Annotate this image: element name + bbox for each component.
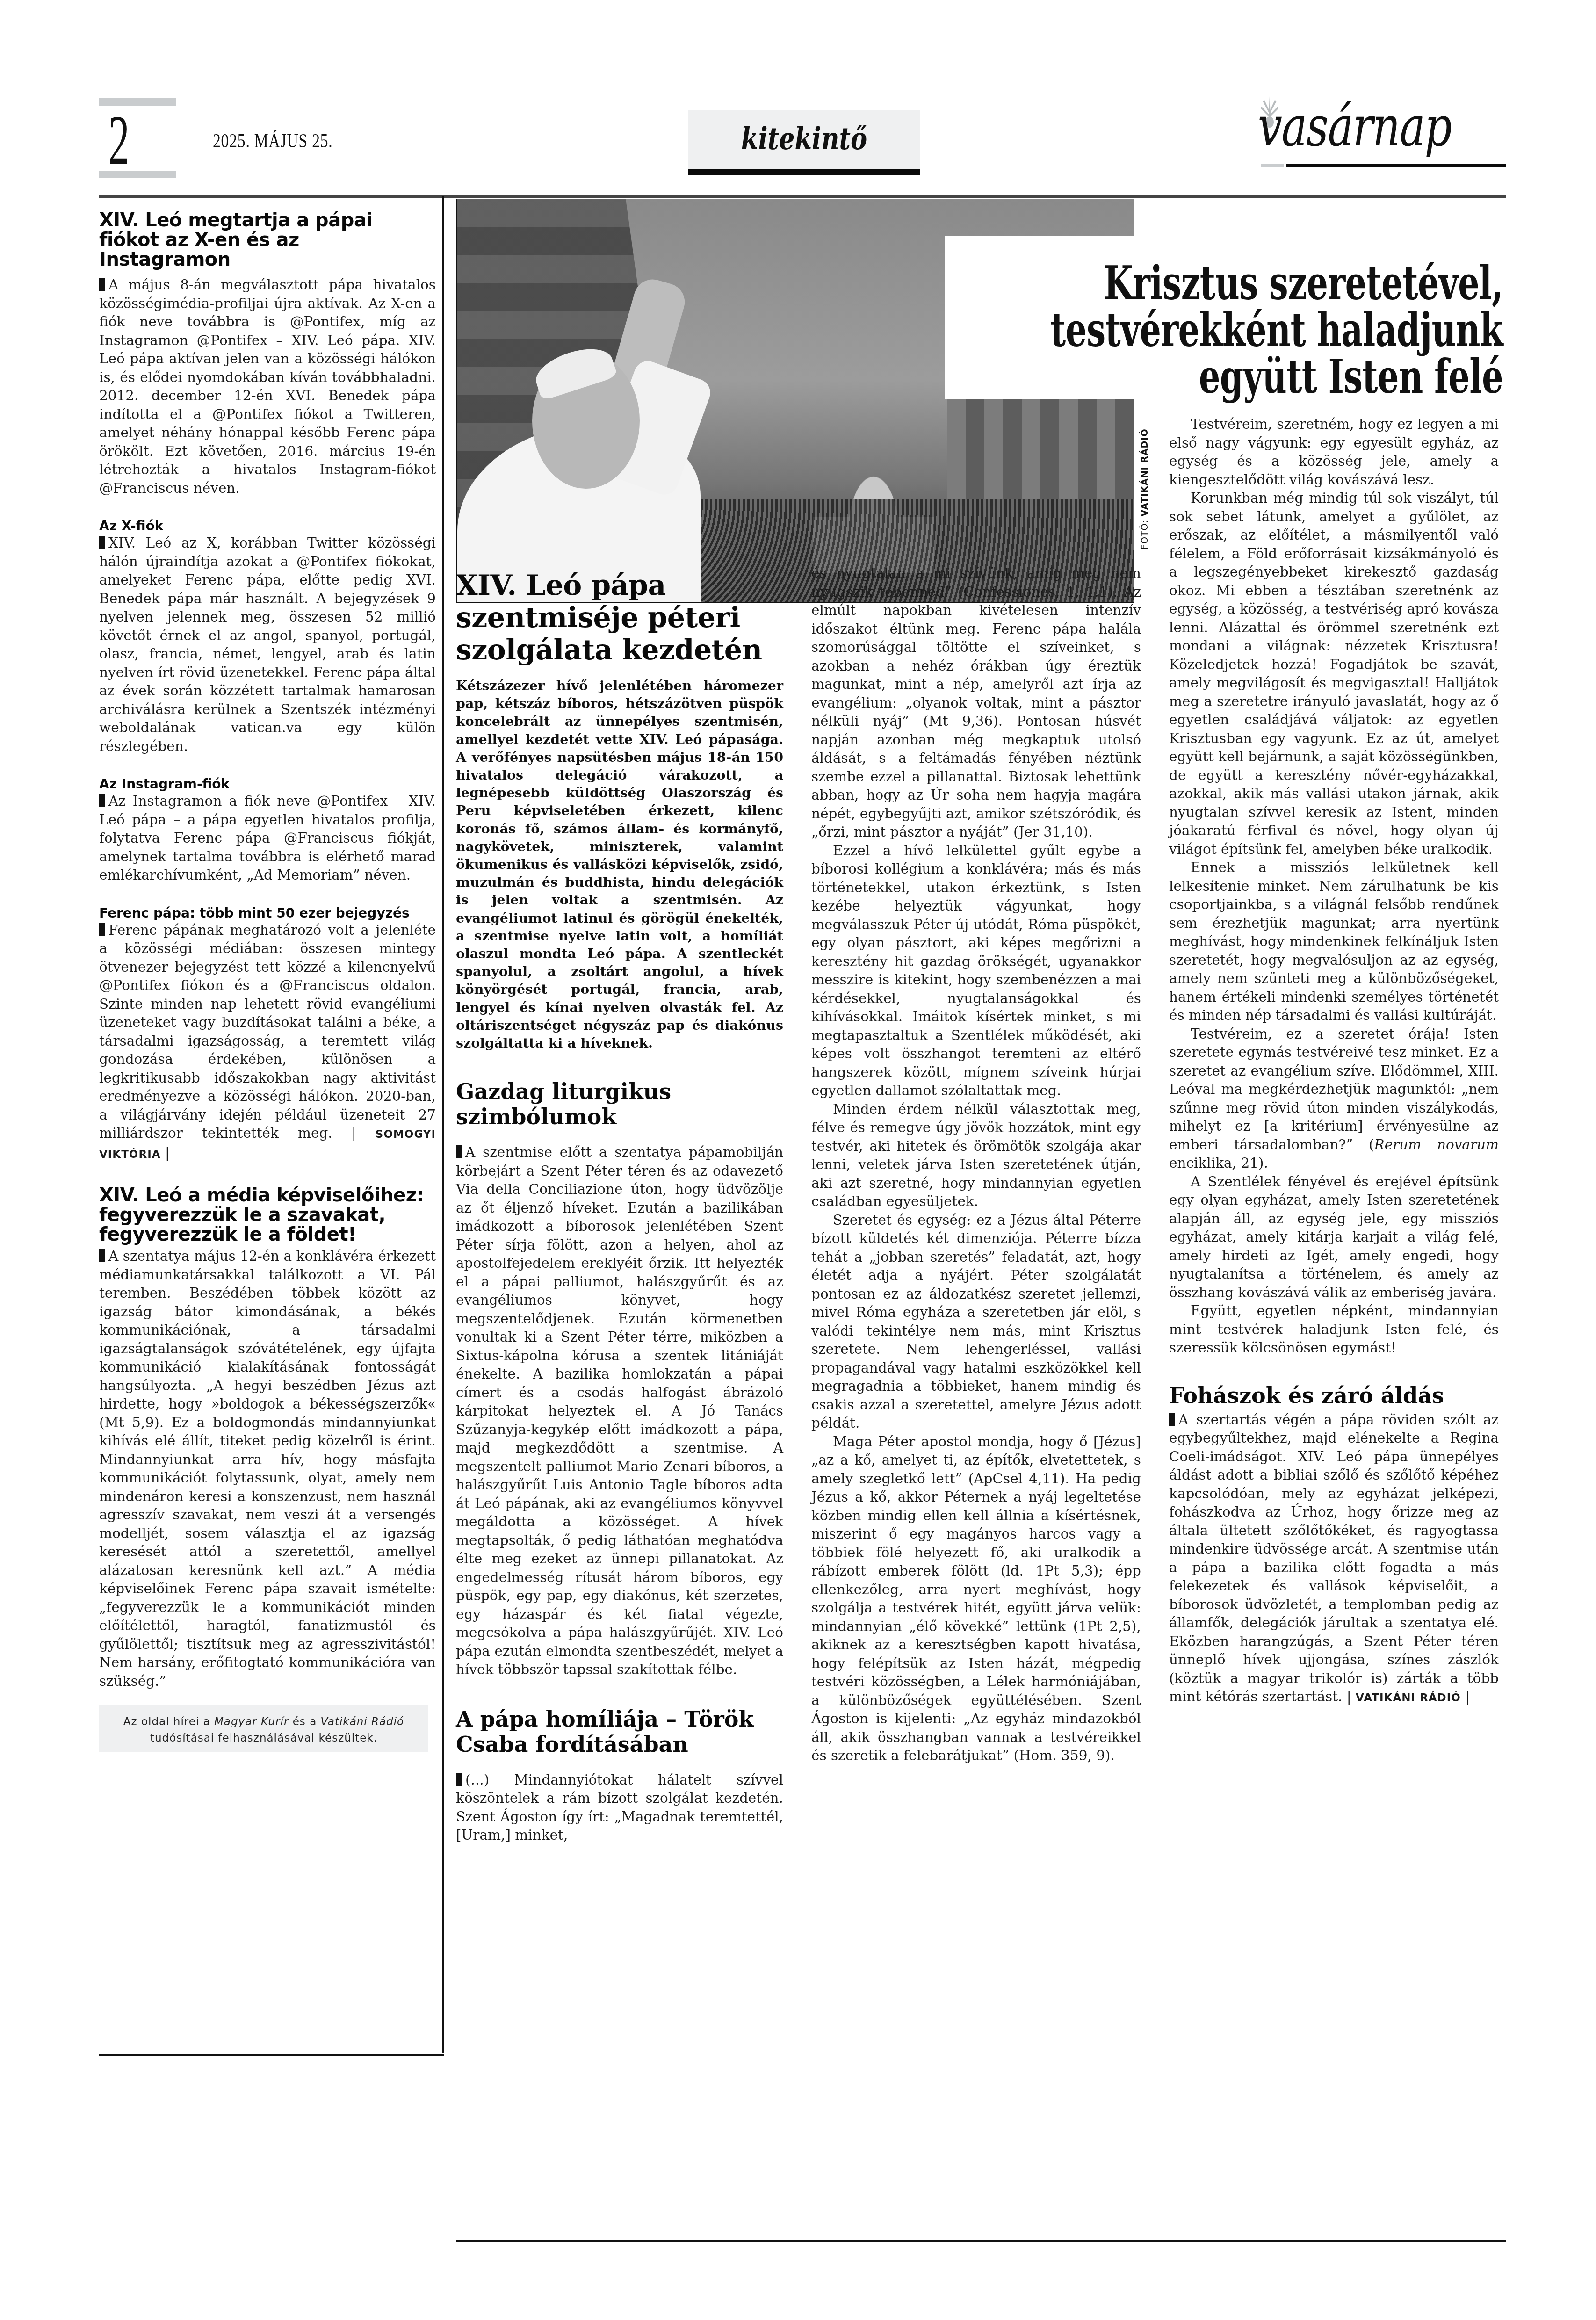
masthead-rule xyxy=(1286,164,1506,167)
sidebar-news-column: XIV. Leó megtartja a pápai fiókot az X-e… xyxy=(99,210,436,1752)
sidebar-divider xyxy=(442,196,444,2053)
subheading-liturgical-symbols: Gazdag liturgikus szimbólumok xyxy=(456,1079,783,1129)
paragraph-marker xyxy=(99,923,105,936)
subheading-closing-blessing: Fohászok és záró áldás xyxy=(1169,1383,1499,1408)
homily-paragraph: Testvéreim, szeretném, hogy ez legyen a … xyxy=(1169,415,1499,489)
sources-note: Az oldal hírei a Magyar Kurír és a Vatik… xyxy=(99,1705,428,1752)
main-article-column-3: Testvéreim, szeretném, hogy ez legyen a … xyxy=(1169,415,1499,1708)
main-headline: Krisztus szeretetével, testvérekként hal… xyxy=(947,260,1503,400)
liturgical-symbols-body: A szentmise előtt a szentatya pápamobilj… xyxy=(456,1143,783,1679)
closing-blessing-body: A szertartás végén a pápa röviden szólt … xyxy=(1169,1411,1499,1708)
paragraph-marker xyxy=(99,278,105,291)
sidebar-subsection-x-body: XIV. Leó az X, korábban Twitter közösség… xyxy=(99,534,436,756)
page-number-bar-bottom xyxy=(99,171,176,178)
source-byline: VATIKÁNI RÁDIÓ xyxy=(1356,1692,1461,1704)
main-article-bottom-rule xyxy=(456,2240,1506,2242)
paragraph-marker xyxy=(456,1773,462,1786)
masthead-title: vasárnap xyxy=(1258,98,1452,154)
homily-paragraph: Ennek a missziós lelkületnek kell lelkes… xyxy=(1169,859,1499,1025)
homily-paragraph: Együtt, egyetlen népként, mindannyian mi… xyxy=(1169,1302,1499,1358)
homily-paragraph: Korunkban még mindig túl sok viszályt, t… xyxy=(1169,489,1499,859)
sidebar-article2-title: XIV. Leó a média képviselőihez: fegyvere… xyxy=(99,1185,436,1244)
main-article-column-2: és nyugtalan a mi szívünk, amíg meg nem … xyxy=(811,564,1141,1765)
main-article-lead: Kétszázezer hívő jelenlétében háromezer … xyxy=(456,677,783,1052)
sidebar-article2-body: A szentatya május 12-én a konklávéra érk… xyxy=(99,1247,436,1691)
masthead-rule-accent xyxy=(1261,164,1284,167)
homily-intro: (...) Mindannyiótokat hálatelt szívvel k… xyxy=(456,1771,783,1845)
homily-paragraph: A Szentlélek fényével és erejével építsü… xyxy=(1169,1173,1499,1302)
source-magyar-kurir: Magyar Kurír xyxy=(214,1716,289,1728)
paragraph-marker xyxy=(456,1145,462,1158)
masthead-logo: vasárnap xyxy=(1258,98,1506,168)
sidebar-subheading-instagram: Az Instagram-fiók xyxy=(99,776,436,792)
sidebar-subheading-francis: Ferenc pápa: több mint 50 ezer bejegyzés xyxy=(99,905,436,921)
homily-paragraph: Szeretet és egység: ez a Jézus által Pét… xyxy=(811,1211,1141,1433)
homily-paragraph: Maga Péter apostol mondja, hogy ő [Jézus… xyxy=(811,1433,1141,1765)
photo-credit: FOTÓ: VATIKÁNI RÁDIÓ xyxy=(1140,428,1150,549)
paragraph-marker xyxy=(99,794,105,807)
paragraph-marker xyxy=(1169,1413,1175,1426)
sidebar-article1-title: XIV. Leó megtartja a pápai fiókot az X-e… xyxy=(99,210,436,269)
encyclical-title: Rerum novarum xyxy=(1374,1137,1499,1153)
section-label: kitekintő xyxy=(712,120,897,157)
main-article-title: XIV. Leó pápa szentmiséje péteri szolgál… xyxy=(456,570,783,666)
section-label-box: kitekintő xyxy=(688,110,920,175)
header-divider xyxy=(99,195,1506,198)
sidebar-article1-body: A május 8-án megválasztott pápa hivatalo… xyxy=(99,276,436,498)
homily-paragraph: Ezzel a hívő lelkülettel gyűlt egybe a b… xyxy=(811,842,1141,1100)
homily-paragraph: Minden érdem nélkül választottak meg, fé… xyxy=(811,1100,1141,1211)
paragraph-marker xyxy=(99,536,105,549)
sidebar-subheading-x: Az X-fiók xyxy=(99,518,436,534)
sidebar-bottom-rule xyxy=(99,2054,444,2056)
paragraph-marker xyxy=(99,1249,105,1262)
subheading-homily: A pápa homíliája – Török Csaba fordításá… xyxy=(456,1706,783,1757)
page-number: 2 xyxy=(108,105,130,175)
sidebar-subsection-francis-body: Ferenc pápának meghatározó volt a jelenl… xyxy=(99,921,436,1164)
issue-date: 2025. MÁJUS 25. xyxy=(213,130,333,152)
source-vatikani-radio: Vatikáni Rádió xyxy=(321,1716,404,1728)
homily-paragraph: és nyugtalan a mi szívünk, amíg meg nem … xyxy=(811,564,1141,842)
sidebar-subsection-instagram-body: Az Instagramon a fiók neve @Pontifex – X… xyxy=(99,792,436,885)
main-article-column-1: XIV. Leó pápa szentmiséje péteri szolgál… xyxy=(456,570,783,1845)
main-headline-box: Krisztus szeretetével, testvérekként hal… xyxy=(945,236,1506,399)
homily-paragraph: Testvéreim, ez a szeretet órája! Isten s… xyxy=(1169,1025,1499,1173)
